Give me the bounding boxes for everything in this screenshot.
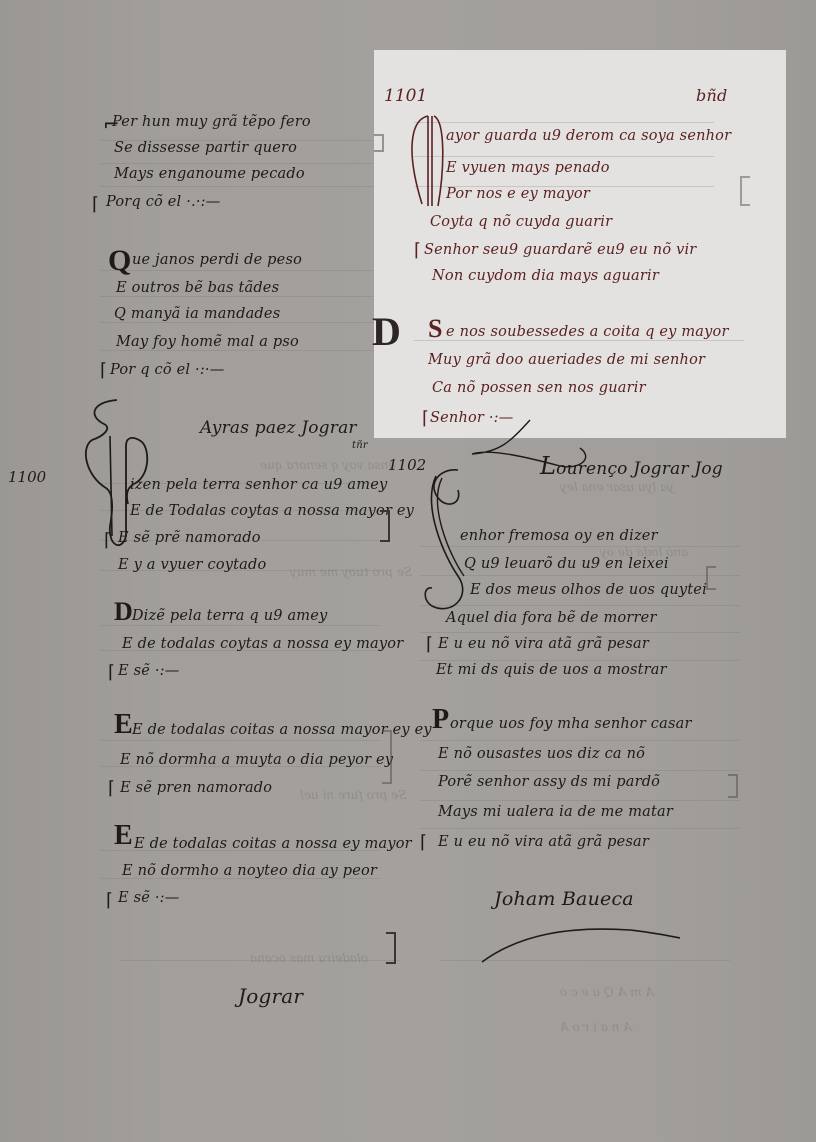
manuscript-page: ansa voy q senora que Se pro tuoy me muy… [0,0,816,1142]
verse-line: Et mi ds quis de uos a mostrar [436,662,667,678]
bracket-mark [386,932,396,964]
verse-line: E vyuen mays penado [446,160,610,176]
verse-line: E y a vyuer coytado [118,557,266,573]
initial-capital: E [114,822,133,850]
bracket-mark [382,730,392,784]
folio-number-left: 1100 [8,468,46,486]
bracket-mark [740,176,750,206]
paragraph-mark-icon: ⌈ [92,196,99,214]
verse-line: E sẽ ·:— [118,890,179,906]
poet-signature: Joham Baueca [494,888,634,910]
verse-line: May foy homẽ mal a pso [116,334,299,350]
verse-line: Senhor ·:— [430,410,513,426]
verse-line: ue janos perdi de peso [132,252,302,268]
verse-line: Se dissesse partir quero [114,140,297,156]
initial-capital: Q [108,246,131,276]
verse-line: E nõ dormho a noyteo dia ay peor [122,863,377,879]
verse-line: izen pela terra senhor ca u9 amey [130,477,387,493]
verse-line: E sẽ ·:— [118,663,179,679]
verse-line: Q u9 leuarõ du u9 en leixei [464,556,669,572]
paragraph-mark-icon: ⌈ [100,362,107,380]
paragraph-mark-icon: ⌈ [426,636,433,654]
author-heading: Ayras paez Jograr [200,418,357,438]
verse-line: E nõ dormha a muyta o dia peyor ey [120,752,393,768]
paragraph-mark-icon: ⌈ [106,892,113,910]
bracket-mark [728,774,738,798]
verse-line: Ca nõ possen sen nos guarir [432,380,646,396]
folio-number-right: 1101 [384,86,427,106]
bracket-mark [380,510,390,542]
verse-line: e nos soubessedes a coita q ey mayor [446,324,729,340]
bracket-mark [706,566,716,590]
marginal-note: bñd [696,86,727,105]
initial-capital-d: D [372,312,401,352]
show-through-text: Se pro fure ni uel [300,788,406,802]
verse-line: orque uos foy mha senhor casar [450,716,692,732]
marginal-note: Jograr [238,984,303,1008]
verse-line: Q manyã ia mandades [114,306,280,322]
paragraph-mark-icon: ⌈ [422,410,429,428]
verse-line: Coyta q nõ cuyda guarir [430,214,612,230]
verse-line: E de todalas coytas a nossa ey mayor [122,636,403,652]
verse-line: Por nos e ey mayor [446,186,590,202]
verse-line: Mays mi ualera ia de me matar [438,804,673,820]
verse-line: E sẽ prẽ namorado [118,530,261,546]
show-through-text: ansa voy q senora que [260,458,396,472]
verse-line: Porẽ senhor assy ds mi pardõ [438,774,660,790]
show-through-text: A m A Q u e c o [560,985,654,999]
verse-line: Non cuydom dia mays aguarir [432,268,659,284]
verse-line: E sẽ pren namorado [120,780,272,796]
show-through-text: A n a i r o A [560,1020,632,1034]
verse-line: Muy grã doo aueriades de mi senhor [428,352,705,368]
verse-line: Senhor seu9 guardarẽ eu9 eu nõ vir [424,242,696,258]
paragraph-mark-icon: ⌈ [108,780,115,798]
verse-line: DDizẽ pela terra q u9 amey [114,608,327,624]
marginal-note: tñr [352,440,368,451]
verse-line: E nõ ousastes uos diz ca nõ [438,746,645,762]
verse-line: ayor guarda u9 derom ca soya senhor [446,128,731,144]
paragraph-mark-icon: ⌈ [414,242,421,260]
verse-line: Mays enganoume pecado [114,166,305,182]
paragraph-mark-icon: ⌈ [104,532,111,550]
initial-capital: E [114,711,133,739]
show-through-text: oladeira mas ocana [250,951,368,965]
verse-line: E de Todalas coytas a nossa mayor ey [130,503,414,519]
verse-line: Per hun muy grã tẽpo fero [112,114,311,130]
paragraph-mark-icon: ⌈ [108,664,115,682]
initial-capital: P [432,706,449,734]
folio-number-right-mid: 1102 [388,456,426,474]
verse-line: E outros bẽ bas tãdes [116,280,279,296]
author-heading: LLourenço Jograr Jogourenço Jograr Jog [540,452,723,480]
show-through-text: ya lyu usar ena ley [560,480,674,494]
verse-line: Porq cõ el ·.·:— [106,194,220,210]
paragraph-mark-icon: ⌈ [420,834,427,852]
verse-line: Aquel dia fora bẽ de morrer [446,610,657,626]
initial-capital: S [428,316,442,342]
verse-line: E u eu nõ vira atã grã pesar [438,636,649,652]
bracket-mark [374,134,384,152]
verse-line: enhor fremosa oy en dizer [460,528,658,544]
show-through-text: Se pro tuoy me muy [290,565,412,579]
verse-line: E dos meus olhos de uos quytei [470,582,707,598]
verse-line: Por q cõ el ·:·— [110,362,224,378]
verse-line: E u eu nõ vira atã grã pesar [438,834,649,850]
verse-line: E de todalas coitas a nossa ey mayor [134,836,412,852]
signature-underline-icon [480,924,680,964]
